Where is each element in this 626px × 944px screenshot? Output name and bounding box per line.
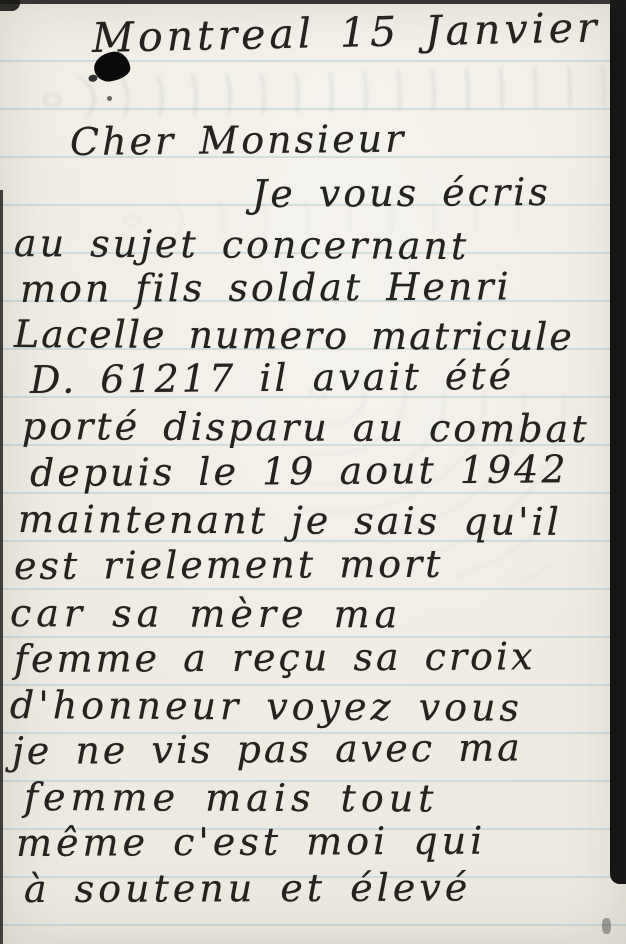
letter-line: femme a reçu sa croix (14, 634, 536, 681)
letter-line: Lacelle numero matricule (14, 312, 574, 359)
ink-speck (107, 96, 112, 101)
letter-line: est rielement mort (14, 542, 444, 588)
letter-line: même c'est moi qui (16, 819, 487, 865)
scan-corner-mark (0, 0, 20, 11)
letter-line: mon fils soldat Henri (20, 264, 512, 311)
letter-line: femme mais tout (24, 775, 439, 820)
letter-page: Montreal 15 Janvier 1945 Cher Monsieur J… (0, 0, 626, 944)
letter-line: je ne vis pas avec ma (12, 725, 523, 773)
letter-line: maintenant je sais qu'il (18, 497, 562, 544)
scan-edge-left (0, 190, 3, 944)
letter-line: au sujet concernant (14, 221, 470, 268)
letter-line: D. 61217 il avait été (30, 354, 515, 402)
letter-line: car sa mère ma (10, 591, 403, 636)
salutation-line: Cher Monsieur (70, 116, 407, 164)
letter-line: Je vous écris (252, 170, 551, 216)
scan-edge-top (0, 0, 626, 4)
letter-line: porté disparu au combat (22, 404, 590, 451)
scan-edge-right (610, 0, 626, 884)
letter-line: depuis le 19 aout 1942 (30, 447, 569, 495)
letter-line: d'honneur voyez vous (10, 683, 523, 730)
date-line: Montreal 15 Janvier 1945 (91, 0, 626, 62)
letter-line: à soutenu et élevé (24, 865, 471, 911)
scan-edge-bottom-mark (602, 918, 611, 934)
